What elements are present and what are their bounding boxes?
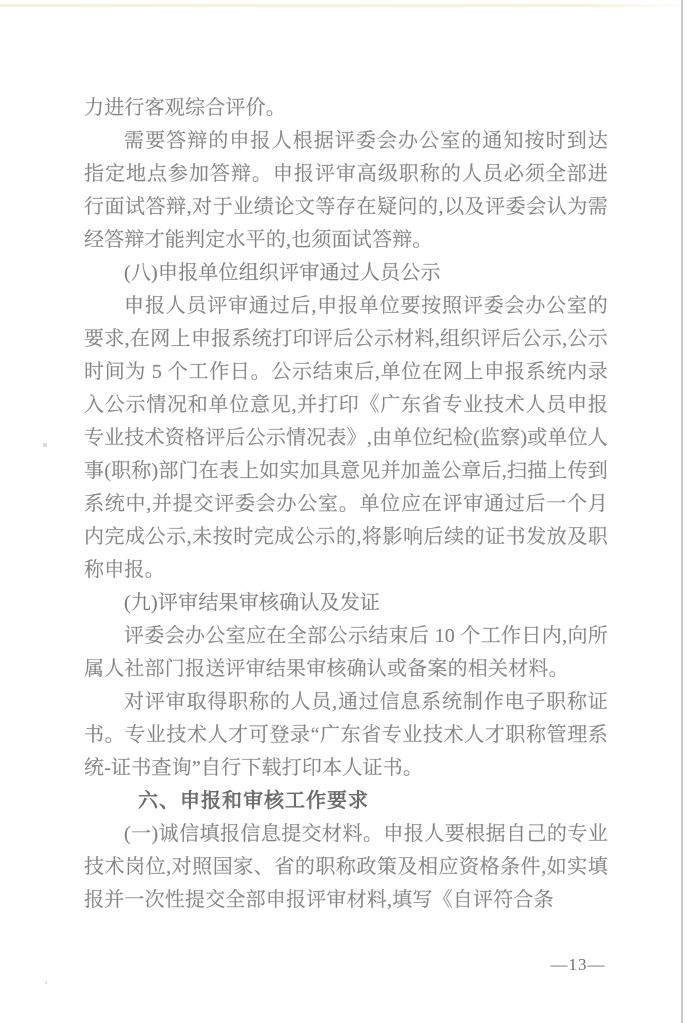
scanned-document-page: 力进行客观综合评价。 需要答辩的申报人根据评委会办公室的通知按时到达指定地点参加… — [0, 0, 688, 1023]
scan-speck — [43, 443, 47, 447]
paragraph-result-confirmation: 评委会办公室应在全部公示结束后 10 个工作日内,向所属人社部门报送评审结果审核… — [84, 620, 608, 686]
document-body: 力进行客观综合评价。 需要答辩的申报人根据评委会办公室的通知按时到达指定地点参加… — [84, 92, 608, 917]
paragraph-continuation: 力进行客观综合评价。 — [84, 92, 608, 125]
page-number: —13— — [548, 955, 608, 975]
scan-edge-right — [681, 0, 683, 1023]
paragraph-publicity-process: 申报人员评审通过后,申报单位要按照评委会办公室的要求,在网上申报系统打印评后公示… — [84, 290, 608, 587]
paragraph-defense-notice: 需要答辩的申报人根据评委会办公室的通知按时到达指定地点参加答辩。申报评审高级职称… — [84, 125, 608, 257]
paragraph-certificate-download: 对评审取得职称的人员,通过信息系统制作电子职称证书。专业技术人才可登录“广东省专… — [84, 686, 608, 785]
paragraph-honest-submission: (一)诚信填报信息提交材料。申报人要根据自己的专业技术岗位,对照国家、省的职称政… — [84, 818, 608, 917]
scan-speck — [45, 981, 47, 984]
section-heading-9: (九)评审结果审核确认及发证 — [84, 587, 608, 620]
section-heading-8: (八)申报单位组织评审通过人员公示 — [84, 257, 608, 290]
chapter-heading-6: 六、申报和审核工作要求 — [84, 785, 608, 818]
scan-edge-top — [0, 4, 688, 7]
